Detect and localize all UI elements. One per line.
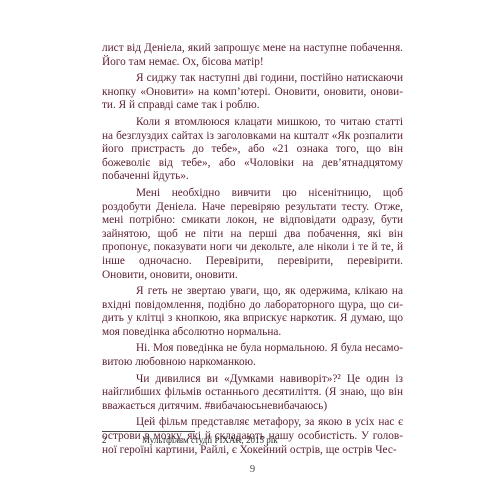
- footnote: 2Мультфільм студії PIXAR, 2015 рік: [102, 431, 403, 446]
- paragraph: лист від Деніела, який запрошує мене на …: [102, 42, 403, 69]
- book-page: лист від Деніела, який запрошує мене на …: [0, 0, 500, 500]
- footnote-divider: [102, 431, 195, 432]
- paragraph: Чи дивилися ви «Думками навиворіт»?² Це …: [102, 373, 403, 414]
- body-text-block: лист від Деніела, який запрошує мене на …: [102, 42, 403, 457]
- paragraph: Мені необхідно вивчити цю нісенітницю, щ…: [102, 187, 403, 282]
- footnote-line: 2Мультфільм студії PIXAR, 2015 рік: [102, 435, 403, 446]
- footnote-marker: 2: [102, 435, 142, 446]
- footnote-text: Мультфільм студії PIXAR, 2015 рік: [142, 435, 278, 445]
- paragraph: Я геть не звертаю уваги, що, як одержима…: [102, 285, 403, 339]
- paragraph: Коли я втомлююся клацати мишкою, то чита…: [102, 116, 403, 184]
- paragraph: Я сиджу так наступні дві години, постійн…: [102, 72, 403, 113]
- paragraph: Ні. Моя поведінка не була нормальною. Я …: [102, 342, 403, 369]
- page-number: 9: [102, 464, 403, 475]
